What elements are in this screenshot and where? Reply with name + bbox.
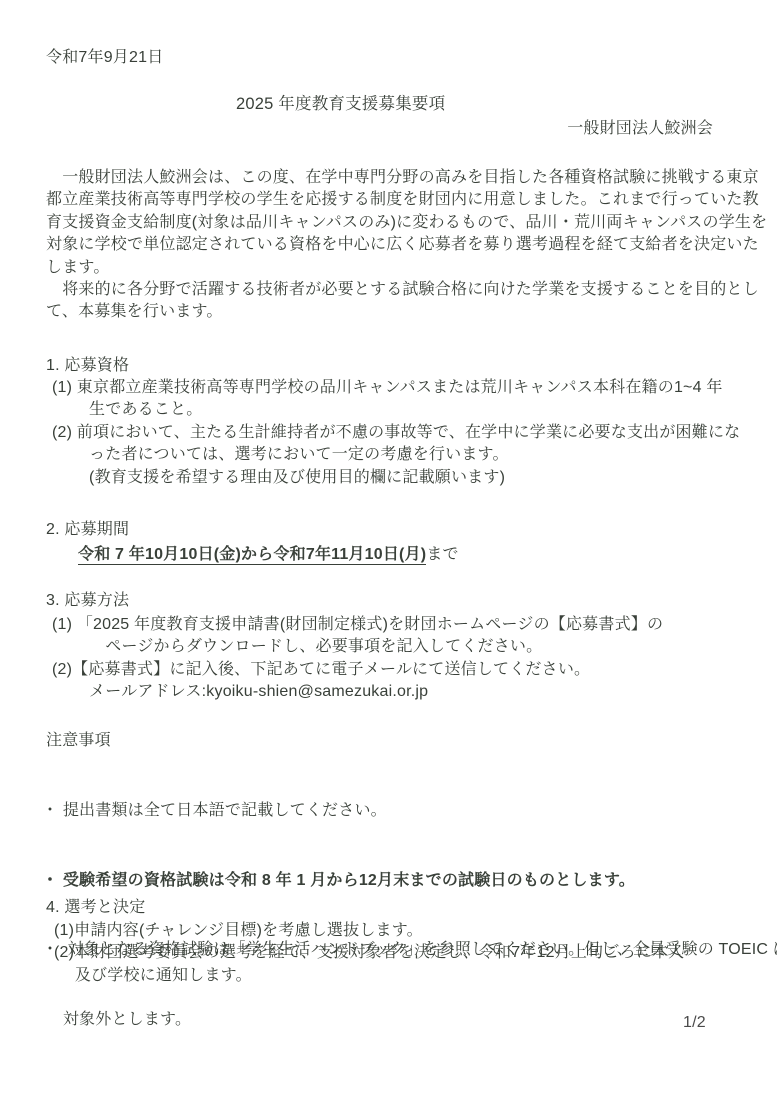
document-date: 令和7年9月21日 bbox=[46, 47, 163, 69]
note-item-handbook-continuation: 対象外とします。 bbox=[42, 1007, 777, 1032]
organization-name: 一般財団法人鮫洲会 bbox=[567, 118, 713, 140]
note-item-exam-dates: ・ 受験希望の資格試験は令和 8 年 1 月から12月末までの試験日のものとしま… bbox=[42, 868, 777, 893]
note-item-language: ・ 提出書類は全て日本語で記載してください。 bbox=[42, 798, 777, 823]
intro-paragraph-2: 将来的に各分野で活躍する技術者が必要とする試験合格に向けた学業を支援することを目… bbox=[46, 279, 759, 324]
section-method-heading: 3. 応募方法 bbox=[46, 590, 129, 612]
section-period-heading: 2. 応募期間 bbox=[46, 519, 129, 541]
section-eligibility-heading: 1. 応募資格 bbox=[46, 355, 129, 377]
section-selection-heading: 4. 選考と決定 bbox=[46, 897, 145, 919]
section-selection-body: (1)申請内容(チャレンジ目標)を考慮し選抜します。 (2)本財団選考委員会の選… bbox=[54, 920, 684, 987]
application-period-suffix: まで bbox=[426, 546, 458, 563]
page-number: 1/2 bbox=[683, 1012, 706, 1034]
section-eligibility-body: (1) 東京都立産業技術高等専門学校の品川キャンパスまたは荒川キャンパス本科在籍… bbox=[52, 377, 740, 489]
section-notes-heading: 注意事項 bbox=[46, 730, 111, 752]
document-title: 2025 年度教育支援募集要項 bbox=[236, 93, 445, 115]
application-period-emphasis: 令和 7 年10月10日(金)から令和7年11月10日(月) bbox=[78, 546, 426, 565]
intro-paragraph-1: 一般財団法人鮫洲会は、この度、在学中専門分野の高みを目指した各種資格試験に挑戦す… bbox=[46, 167, 767, 279]
document-page: 令和7年9月21日 2025 年度教育支援募集要項 一般財団法人鮫洲会 一般財団… bbox=[0, 0, 777, 1100]
section-period-line: 令和 7 年10月10日(金)から令和7年11月10日(月)まで bbox=[78, 544, 459, 566]
section-notes-list: ・ 提出書類は全て日本語で記載してください。 ・ 受験希望の資格試験は令和 8 … bbox=[42, 753, 777, 1077]
section-method-body: (1) 「2025 年度教育支援申請書(財団制定様式)を財団ホームページの【応募… bbox=[52, 614, 663, 704]
